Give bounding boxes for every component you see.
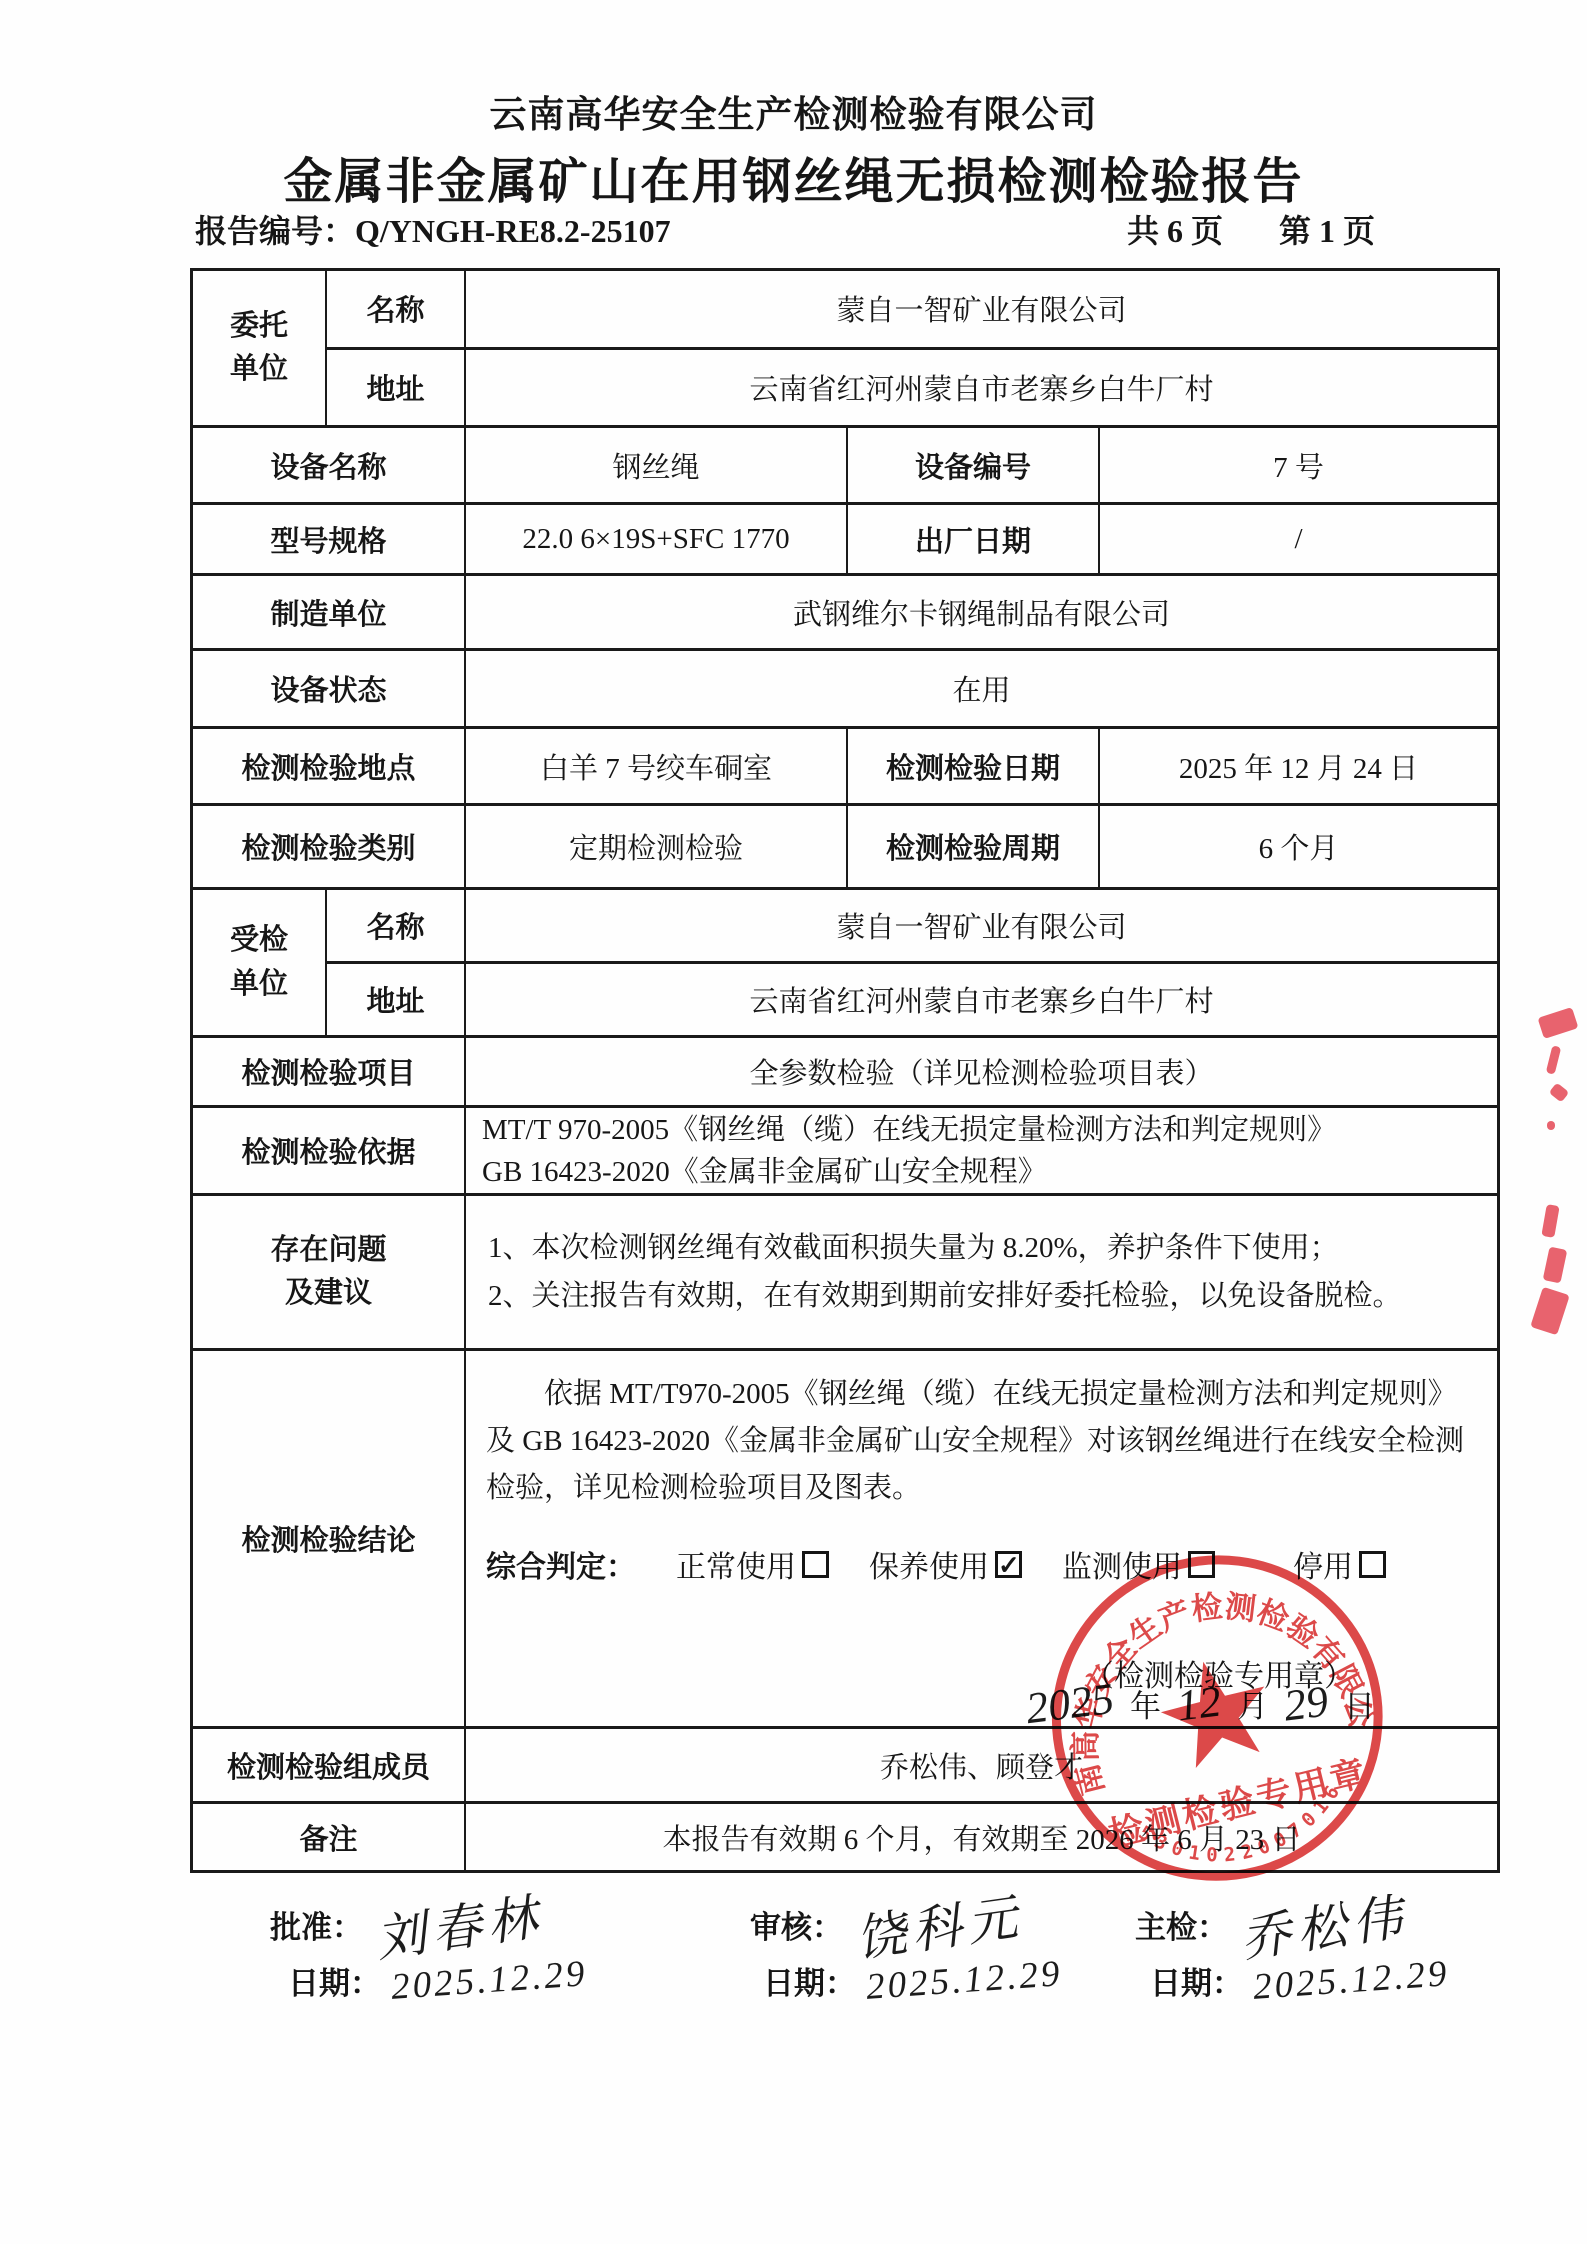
table-row: 检测检验依据 MT/T 970-2005《钢丝绳（缆）在线无损定量检测方法和判定…: [193, 1105, 1497, 1193]
report-number-value: Q/YNGH-RE8.2-25107: [355, 213, 671, 249]
conclusion-paragraph: 依据 MT/T970-2005《钢丝绳（缆）在线无损定量检测方法和判定规则》及 …: [486, 1371, 1476, 1512]
location-label: 检测检验地点: [193, 729, 466, 803]
table-row: 地址 云南省红河州蒙自市老寨乡白牛厂村: [327, 347, 1497, 426]
table-row: 设备状态 在用: [193, 648, 1497, 726]
date-label: 日期：: [288, 1958, 381, 2003]
inspected-group-label: 受检单位: [193, 890, 327, 1035]
checkbox-normal-use: [802, 1551, 829, 1578]
reviewer-signature: 审核： 饶科元: [750, 1888, 1023, 1960]
reviewer-label: 审核：: [750, 1902, 843, 1947]
table-row: 委托单位 名称 蒙自一智矿业有限公司 地址 云南省红河州蒙自市老寨乡白牛厂村: [193, 271, 1497, 425]
location-value: 白羊 7 号绞车硐室: [466, 729, 848, 803]
device-no-label: 设备编号: [848, 428, 1100, 502]
remark-label: 备注: [193, 1804, 466, 1870]
approver-label: 批准：: [270, 1902, 363, 1947]
red-ink-mark: [1530, 1287, 1570, 1336]
checkbox-maintenance-use: ✓: [995, 1551, 1022, 1578]
page-count: 共 6 页 第 1 页: [1127, 206, 1375, 252]
verdict-option: 正常使用: [676, 1542, 829, 1586]
chief-inspector-label: 主检：: [1135, 1902, 1228, 1947]
date-label: 日期：: [763, 1958, 856, 2003]
device-no-value: 7 号: [1100, 428, 1497, 502]
red-ink-mark: [1541, 1204, 1559, 1238]
company-name: 云南高华安全生产检测检验有限公司: [0, 84, 1587, 138]
inspected-name-value: 蒙自一智矿业有限公司: [466, 890, 1497, 961]
approver-date: 日期： 2025.12.29: [288, 1958, 588, 2003]
device-name-value: 钢丝绳: [466, 428, 848, 502]
period-value: 6 个月: [1100, 806, 1497, 887]
basis-value: MT/T 970-2005《钢丝绳（缆）在线无损定量检测方法和判定规则》 GB …: [466, 1108, 1497, 1193]
reviewer-date-value: 2025.12.29: [865, 1952, 1064, 2009]
table-row: 名称 蒙自一智矿业有限公司: [327, 271, 1497, 347]
report-number-label: 报告编号：: [195, 213, 355, 249]
problems-value: 1、本次检测钢丝绳有效截面积损失量为 8.20%，养护条件下使用； 2、关注报告…: [466, 1196, 1497, 1348]
table-row: 存在问题及建议 1、本次检测钢丝绳有效截面积损失量为 8.20%，养护条件下使用…: [193, 1193, 1497, 1348]
table-row: 受检单位 名称 蒙自一智矿业有限公司 地址 云南省红河州蒙自市老寨乡白牛厂村: [193, 887, 1497, 1035]
page-title: 金属非金属矿山在用钢丝绳无损检测检验报告: [0, 143, 1587, 213]
manufacturer-label: 制造单位: [193, 576, 466, 648]
verdict-option: 保养使用✓: [869, 1542, 1022, 1586]
consignor-group-label: 委托单位: [193, 271, 327, 425]
conclusion-label: 检测检验结论: [193, 1351, 466, 1726]
chief-inspector-date-value: 2025.12.29: [1252, 1952, 1451, 2009]
consignor-name-label: 名称: [327, 271, 466, 347]
pages-total: 共 6 页: [1127, 206, 1223, 252]
red-ink-mark: [1537, 1007, 1578, 1039]
table-row: 检测检验项目 全参数检验（详见检测检验项目表）: [193, 1035, 1497, 1105]
basis-line2: GB 16423-2020《金属非金属矿山安全规程》: [482, 1151, 1047, 1193]
report-meta: 报告编号：Q/YNGH-RE8.2-25107 共 6 页 第 1 页: [195, 206, 1375, 252]
chief-inspector-signature: 主检： 乔松伟: [1135, 1888, 1408, 1960]
approver-signature: 批准： 刘春林: [270, 1888, 543, 1960]
basis-line1: MT/T 970-2005《钢丝绳（缆）在线无损定量检测方法和判定规则》: [482, 1109, 1336, 1151]
red-ink-mark: [1546, 1045, 1562, 1074]
test-date-value: 2025 年 12 月 24 日: [1100, 729, 1497, 803]
report-number: 报告编号：Q/YNGH-RE8.2-25107: [195, 206, 671, 252]
problems-line1: 1、本次检测钢丝绳有效截面积损失量为 8.20%，养护条件下使用；: [488, 1224, 1339, 1272]
category-value: 定期检测检验: [466, 806, 848, 887]
team-label: 检测检验组成员: [193, 1729, 466, 1801]
table-row: 设备名称 钢丝绳 设备编号 7 号: [193, 425, 1497, 502]
table-row: 检测检验类别 定期检测检验 检测检验周期 6 个月: [193, 803, 1497, 887]
red-ink-mark: [1549, 1082, 1570, 1102]
manufacturer-value: 武钢维尔卡钢绳制品有限公司: [466, 576, 1497, 648]
consignor-address-value: 云南省红河州蒙自市老寨乡白牛厂村: [466, 350, 1497, 426]
page-current: 第 1 页: [1279, 206, 1375, 252]
mfg-date-label: 出厂日期: [848, 505, 1100, 573]
table-row: 地址 云南省红河州蒙自市老寨乡白牛厂村: [327, 961, 1497, 1035]
test-date-label: 检测检验日期: [848, 729, 1100, 803]
items-value: 全参数检验（详见检测检验项目表）: [466, 1038, 1497, 1105]
date-label: 日期：: [1150, 1958, 1243, 2003]
status-value: 在用: [466, 651, 1497, 726]
consignor-name-value: 蒙自一智矿业有限公司: [466, 271, 1497, 347]
approver-date-value: 2025.12.29: [390, 1952, 589, 2009]
red-ink-mark: [1543, 1247, 1568, 1284]
table-row: 名称 蒙自一智矿业有限公司: [327, 890, 1497, 961]
report-page: 云南高华安全生产检测检验有限公司 金属非金属矿山在用钢丝绳无损检测检验报告 报告…: [0, 0, 1587, 2244]
inspected-address-value: 云南省红河州蒙自市老寨乡白牛厂村: [466, 964, 1497, 1035]
table-row: 检测检验地点 白羊 7 号绞车硐室 检测检验日期 2025 年 12 月 24 …: [193, 726, 1497, 803]
consignor-address-label: 地址: [327, 350, 466, 426]
device-name-label: 设备名称: [193, 428, 466, 502]
table-row: 型号规格 22.0 6×19S+SFC 1770 出厂日期 /: [193, 502, 1497, 573]
table-row: 制造单位 武钢维尔卡钢绳制品有限公司: [193, 573, 1497, 648]
inspected-name-label: 名称: [327, 890, 466, 961]
problems-line2: 2、关注报告有效期，在有效期到期前安排好委托检验，以免设备脱检。: [488, 1272, 1402, 1320]
category-label: 检测检验类别: [193, 806, 466, 887]
items-label: 检测检验项目: [193, 1038, 466, 1105]
model-value: 22.0 6×19S+SFC 1770: [466, 505, 848, 573]
seal-star: [1152, 1649, 1280, 1773]
problems-label: 存在问题及建议: [193, 1196, 466, 1348]
red-ink-mark: [1547, 1121, 1555, 1130]
chief-inspector-date: 日期： 2025.12.29: [1150, 1958, 1450, 2003]
mfg-date-value: /: [1100, 505, 1497, 573]
reviewer-date: 日期： 2025.12.29: [763, 1958, 1063, 2003]
period-label: 检测检验周期: [848, 806, 1100, 887]
status-label: 设备状态: [193, 651, 466, 726]
basis-label: 检测检验依据: [193, 1108, 466, 1193]
verdict-label: 综合判定：: [486, 1542, 636, 1586]
model-label: 型号规格: [193, 505, 466, 573]
inspected-address-label: 地址: [327, 964, 466, 1035]
